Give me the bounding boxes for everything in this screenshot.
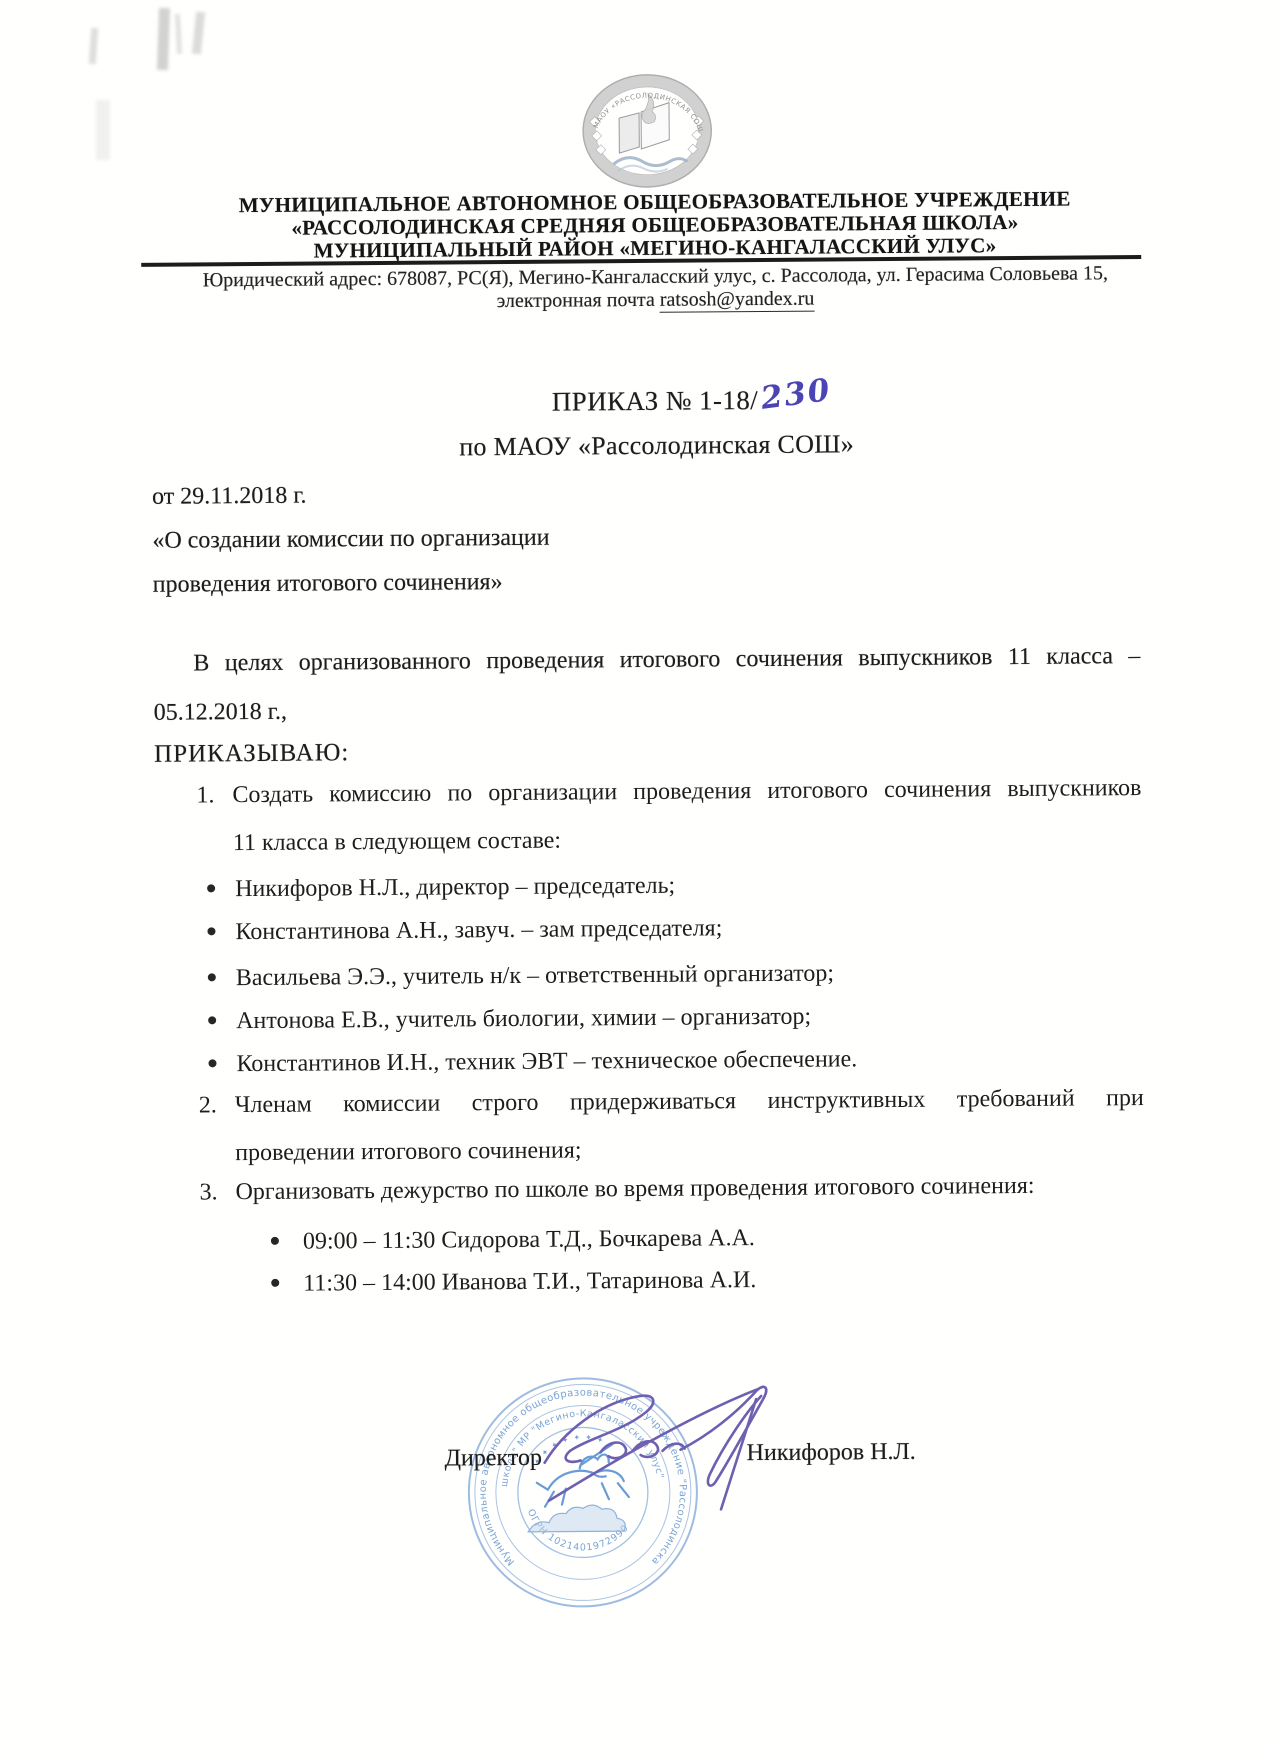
bullet-dot xyxy=(207,884,215,892)
order-subject-line1: «О создании комиссии по организации xyxy=(152,523,549,556)
handwritten-order-number: 230 xyxy=(758,372,833,417)
bullet-dot xyxy=(208,973,216,981)
order-date: от 29.11.2018 г. xyxy=(152,481,307,512)
item-number: 1. xyxy=(196,780,233,858)
letterhead: МУНИЦИПАЛЬНОЕ АВТОНОМНОЕ ОБЩЕОБРАЗОВАТЕЛ… xyxy=(43,186,1268,265)
order-subtitle: по МАОУ «Рассолодинская СОШ» xyxy=(45,426,1269,466)
duty-text: 11:30 – 14:00 Иванова Т.И., Татаринова А… xyxy=(303,1265,756,1299)
item1-line1: Создать комиссию по организации проведен… xyxy=(232,773,1141,810)
member-text: Антонова Е.В., учитель биологии, химии –… xyxy=(236,1002,811,1037)
email-address: ratsosh@yandex.ru xyxy=(660,288,815,313)
bullet-dot xyxy=(208,1059,216,1067)
bullet-dot xyxy=(271,1237,279,1245)
order-subject-line2: проведения итогового сочинения» xyxy=(153,567,503,600)
member-item: Константинов И.Н., техник ЭВТ – техничес… xyxy=(208,1044,857,1079)
duty-text: 09:00 – 11:30 Сидорова Т.Д., Бочкарева А… xyxy=(303,1223,755,1257)
item2-line1: Членам комиссии строго придерживаться ин… xyxy=(235,1083,1144,1120)
email-label: электронная почта xyxy=(497,289,660,312)
member-item: Васильева Э.Э., учитель н/к – ответствен… xyxy=(208,958,834,993)
item-number: 3. xyxy=(199,1177,235,1207)
bullet-dot xyxy=(208,1016,216,1024)
signature-name: Никифоров Н.Л. xyxy=(746,1439,915,1467)
member-text: Константинова А.Н., завуч. – зам председ… xyxy=(235,913,722,947)
member-item: Антонова Е.В., учитель биологии, химии –… xyxy=(208,1002,811,1037)
item2-line2: проведении итогового сочинения; xyxy=(235,1131,1144,1168)
member-item: Никифоров Н.Л., директор – председатель; xyxy=(207,871,675,905)
bullet-dot xyxy=(207,927,215,935)
member-text: Васильева Э.Э., учитель н/к – ответствен… xyxy=(236,958,834,993)
order-title-prefix: ПРИКАЗ № 1-18/ xyxy=(552,385,758,417)
intro-line1: В целях организованного проведения итого… xyxy=(153,641,1140,679)
member-text: Константинов И.Н., техник ЭВТ – техничес… xyxy=(236,1044,857,1079)
member-text: Никифоров Н.Л., директор – председатель; xyxy=(235,871,675,904)
item3-text: Организовать дежурство по школе во время… xyxy=(235,1170,1144,1207)
order-item-2: 2. Членам комиссии строго придерживаться… xyxy=(199,1083,1145,1168)
order-item-3: 3. Организовать дежурство по школе во вр… xyxy=(199,1170,1144,1207)
scanned-order-document: МАОУ «РАССОЛОДИНСКАЯ СОШ» МУНИЦИПАЛЬНОЕ … xyxy=(0,0,1272,1755)
item1-line2: 11 класса в следующем составе: xyxy=(233,821,1142,858)
school-logo: МАОУ «РАССОЛОДИНСКАЯ СОШ» xyxy=(579,69,716,192)
order-title: ПРИКАЗ № 1-18/230 xyxy=(44,377,1272,423)
duty-item: 11:30 – 14:00 Иванова Т.И., Татаринова А… xyxy=(271,1265,756,1299)
duty-item: 09:00 – 11:30 Сидорова Т.Д., Бочкарева А… xyxy=(271,1223,755,1257)
item-number: 2. xyxy=(199,1090,236,1168)
order-item-1: 1. Создать комиссию по организации прове… xyxy=(196,773,1142,858)
intro-line2: 05.12.2018 г., xyxy=(154,697,287,728)
bullet-dot xyxy=(271,1279,279,1287)
signature-role: Директор xyxy=(445,1445,543,1473)
decree-word: ПРИКАЗЫВАЮ: xyxy=(154,739,349,769)
member-item: Константинова А.Н., завуч. – зам председ… xyxy=(207,913,722,947)
